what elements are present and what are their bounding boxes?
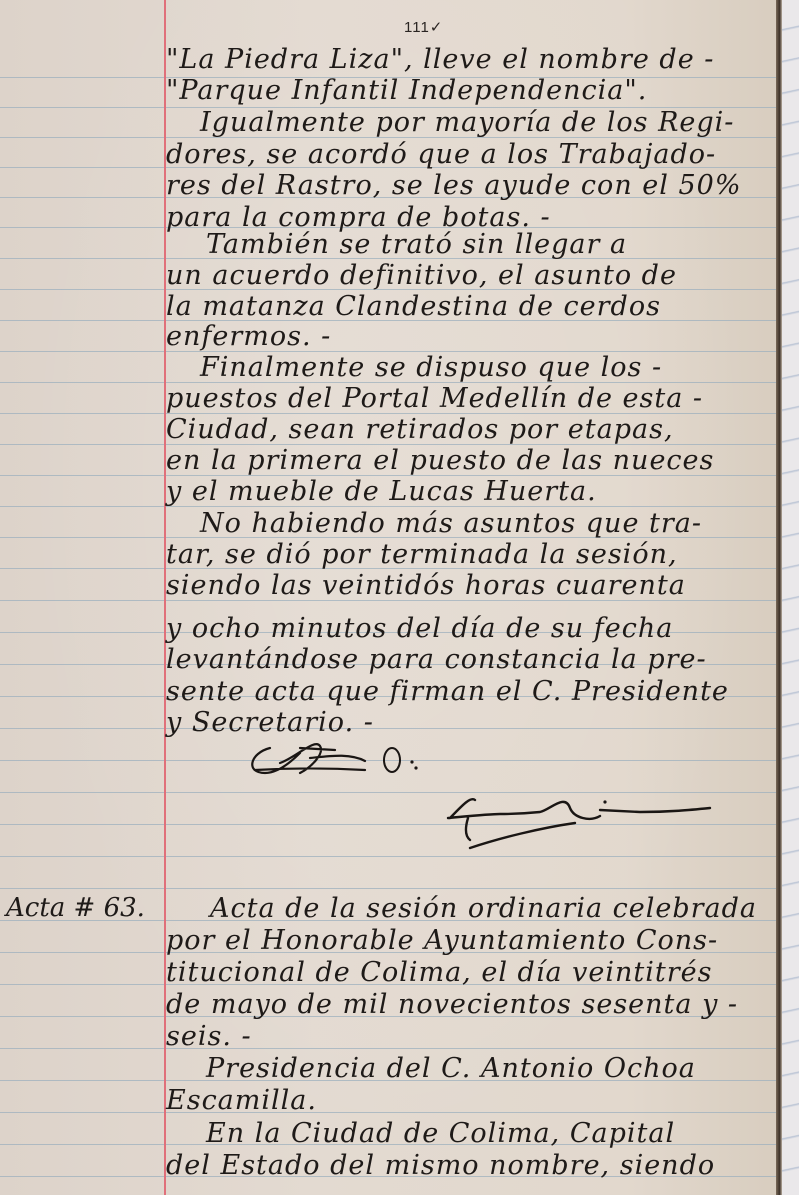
president-signature-icon xyxy=(240,728,430,788)
text-line: en la primera el puesto de las nueces xyxy=(166,445,714,476)
text-line: tar, se dió por terminada la sesión, xyxy=(166,539,678,570)
text-line: levantándose para constancia la pre- xyxy=(166,644,707,675)
text-line: la matanza Clandestina de cerdos xyxy=(166,291,661,322)
text-line: Presidencia del C. Antonio Ochoa xyxy=(206,1053,696,1084)
text-line: Acta de la sesión ordinaria celebrada xyxy=(210,893,757,924)
text-line: "Parque Infantil Independencia". xyxy=(166,75,647,106)
text-line: Ciudad, sean retirados por etapas, xyxy=(166,414,674,445)
rule-line xyxy=(0,1048,781,1049)
text-line: No habiendo más asuntos que tra- xyxy=(200,508,702,539)
text-line: del Estado del mismo nombre, siendo xyxy=(166,1150,715,1181)
rule-line xyxy=(0,888,781,889)
page-number: 111✓ xyxy=(404,18,443,36)
ledger-page: 111✓ "La Piedra Liza", lleve el nombre d… xyxy=(0,0,781,1195)
text-line: un acuerdo definitivo, el asunto de xyxy=(166,260,677,291)
text-line: res del Rastro, se les ayude con el 50% xyxy=(166,170,742,201)
text-line: Igualmente por mayoría de los Regi- xyxy=(200,107,734,138)
text-line: enfermos. - xyxy=(166,321,331,352)
text-line: En la Ciudad de Colima, Capital xyxy=(206,1118,675,1149)
text-line: de mayo de mil novecientos sesenta y - xyxy=(166,989,738,1020)
text-line: Escamilla. xyxy=(166,1085,317,1116)
underlying-sheet xyxy=(782,0,799,1195)
acta-number-label: Acta # 63. xyxy=(6,893,145,923)
text-line: Finalmente se dispuso que los - xyxy=(200,352,662,383)
text-line: siendo las veintidós horas cuarenta xyxy=(166,570,686,601)
text-line: puestos del Portal Medellín de esta - xyxy=(166,383,703,414)
text-line: titucional de Colima, el día veintitrés xyxy=(166,957,712,988)
text-line: dores, se acordó que a los Trabajado- xyxy=(166,139,716,170)
secretary-signature-icon xyxy=(440,788,730,853)
text-line: También se trató sin llegar a xyxy=(206,229,627,260)
text-line: seis. - xyxy=(166,1021,252,1052)
text-line: "La Piedra Liza", lleve el nombre de - xyxy=(166,44,714,75)
text-line: y el mueble de Lucas Huerta. xyxy=(166,476,597,507)
rule-line xyxy=(0,1112,781,1113)
rule-line xyxy=(0,856,781,857)
text-line: y ocho minutos del día de su fecha xyxy=(166,613,673,644)
text-line: por el Honorable Ayuntamiento Cons- xyxy=(166,925,718,956)
text-line: sente acta que firman el C. Presidente xyxy=(166,676,729,707)
